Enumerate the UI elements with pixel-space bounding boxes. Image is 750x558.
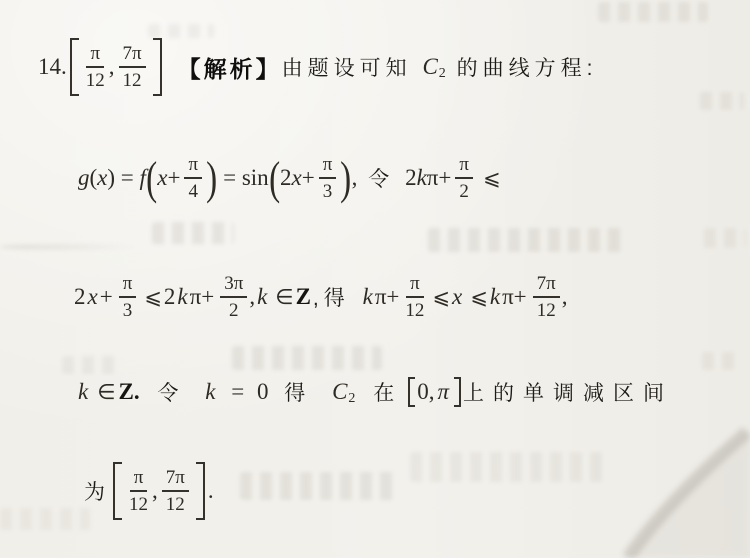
text-run: 令 bbox=[357, 163, 405, 193]
scanned-textbook-page: 14.π12,7π12【解析】由题设可知 C2 的曲线方程: g(x) = f(… bbox=[0, 0, 750, 558]
bleed-through-artifact bbox=[700, 92, 744, 110]
square-bracket bbox=[408, 377, 415, 407]
numerator: π bbox=[86, 43, 104, 68]
text-run: 令 bbox=[143, 377, 203, 407]
square-bracket bbox=[70, 38, 79, 96]
text-run: , bbox=[562, 284, 568, 310]
text-run: Z. bbox=[119, 379, 140, 405]
denominator: 3 bbox=[323, 179, 333, 202]
numerator: π bbox=[184, 154, 202, 179]
text-run: , bbox=[249, 284, 255, 310]
denominator: 12 bbox=[405, 298, 424, 321]
fraction: 7π12 bbox=[533, 273, 560, 322]
denominator: 3 bbox=[123, 298, 133, 321]
text-run: ,得 bbox=[313, 282, 361, 312]
fraction: 3π2 bbox=[220, 273, 247, 322]
fraction: π3 bbox=[119, 273, 137, 322]
text-run: x bbox=[88, 284, 98, 310]
solution-line-inequality: 2x+π3⩽2kπ+3π2,k∈Z,得 kπ+π12⩽x⩽kπ+7π12, bbox=[74, 269, 570, 325]
bleed-through-artifact bbox=[62, 356, 118, 374]
solution-line-interval-derivation: k∈Z. 令 k = 0 得 C2 在0,π上的单调减区间 bbox=[78, 375, 676, 409]
bleed-through-artifact bbox=[410, 452, 610, 482]
fraction: π2 bbox=[455, 154, 473, 203]
text-run: 2 bbox=[164, 284, 176, 310]
text-run: ∈ bbox=[275, 285, 293, 309]
text-run: ⩽ bbox=[432, 285, 450, 309]
text-run: , bbox=[109, 54, 115, 80]
denominator: 12 bbox=[123, 68, 142, 91]
bleed-through-artifact bbox=[152, 222, 234, 244]
subscripted-symbol: C2 bbox=[422, 54, 445, 80]
text-run: = 0 bbox=[219, 379, 282, 405]
bleed-through-artifact bbox=[240, 472, 400, 500]
text-run: = sin bbox=[217, 165, 268, 191]
fraction: π3 bbox=[319, 154, 337, 203]
bleed-through-artifact bbox=[232, 346, 382, 370]
numerator: π bbox=[455, 154, 473, 179]
text-run: 2 bbox=[405, 165, 417, 191]
numerator: π bbox=[406, 273, 424, 298]
denominator: 4 bbox=[189, 179, 199, 202]
subscripted-symbol: C2 bbox=[332, 379, 355, 405]
numerator: 3π bbox=[220, 273, 247, 298]
bleed-through-artifact bbox=[702, 352, 742, 370]
text-run: ⩽ bbox=[144, 285, 162, 309]
text-run: 14. bbox=[38, 54, 67, 80]
parenthesis: ) bbox=[340, 157, 351, 199]
fraction: π12 bbox=[405, 273, 424, 322]
text-run: k bbox=[205, 379, 215, 405]
text-run: + bbox=[167, 165, 180, 191]
text-run: ⩽ bbox=[470, 285, 488, 309]
denominator: 2 bbox=[459, 179, 469, 202]
numerator: π bbox=[319, 154, 337, 179]
denominator: 12 bbox=[166, 492, 185, 515]
text-run: ⩽ bbox=[483, 166, 501, 190]
text-run: π+ bbox=[427, 165, 452, 191]
fraction: π4 bbox=[184, 154, 202, 203]
text-run: 2 bbox=[74, 284, 86, 310]
bleed-through-artifact bbox=[148, 24, 214, 38]
bleed-through-artifact bbox=[428, 228, 624, 252]
text-run: k bbox=[417, 165, 427, 191]
text-run: , bbox=[152, 478, 158, 504]
text-run: 为 bbox=[84, 476, 110, 506]
solution-line-equation: g(x) = f(x+π4) = sin(2x+π3), 令 2kπ+π2⩽ bbox=[78, 150, 507, 206]
solution-line-answer: 14.π12,7π12【解析】由题设可知 C2 的曲线方程: bbox=[38, 38, 597, 96]
text-run: g bbox=[78, 165, 90, 191]
text-run: 【解析】 bbox=[178, 51, 282, 84]
denominator: 12 bbox=[537, 298, 556, 321]
denominator: 12 bbox=[129, 492, 148, 515]
numerator: π bbox=[119, 273, 137, 298]
text-run: 2 bbox=[280, 165, 292, 191]
text-run: x bbox=[452, 284, 462, 310]
square-bracket bbox=[196, 462, 205, 520]
denominator: 12 bbox=[86, 68, 105, 91]
square-bracket bbox=[153, 38, 162, 96]
text-run: π+ bbox=[190, 284, 215, 310]
text-run: π+ bbox=[375, 284, 400, 310]
page-curl-artifact bbox=[600, 400, 750, 558]
text-run: x bbox=[157, 165, 167, 191]
text-run: 0, bbox=[417, 379, 434, 405]
text-run: x bbox=[292, 165, 302, 191]
parenthesis: ( bbox=[146, 157, 157, 199]
fraction: π12 bbox=[86, 43, 105, 92]
fraction: π12 bbox=[129, 467, 148, 516]
denominator: 2 bbox=[229, 298, 239, 321]
text-run: . bbox=[208, 478, 214, 504]
bleed-through-artifact bbox=[0, 508, 90, 530]
text-run: x bbox=[97, 165, 107, 191]
text-run: 在 bbox=[358, 377, 403, 407]
bleed-through-artifact bbox=[598, 2, 708, 22]
text-run: π bbox=[438, 379, 450, 405]
numerator: 7π bbox=[162, 467, 189, 492]
solution-line-conclusion: 为π12,7π12. bbox=[84, 462, 214, 520]
numerator: 7π bbox=[533, 273, 560, 298]
text-run: 的曲线方程: bbox=[446, 52, 598, 82]
text-run: k bbox=[78, 379, 88, 405]
bleed-through-artifact bbox=[704, 228, 746, 248]
fraction: 7π12 bbox=[162, 467, 189, 516]
fraction: 7π12 bbox=[119, 43, 146, 92]
text-run: + bbox=[302, 165, 315, 191]
text-run: k bbox=[490, 284, 500, 310]
text-run: k bbox=[363, 284, 373, 310]
text-run: Z bbox=[296, 284, 311, 310]
text-run: k bbox=[177, 284, 187, 310]
text-run: 得 bbox=[284, 377, 329, 407]
square-bracket bbox=[113, 462, 122, 520]
text-run: 由题设可知 bbox=[282, 52, 423, 82]
parenthesis: ( bbox=[269, 157, 280, 199]
text-run: k bbox=[257, 284, 267, 310]
text-run: ∈ bbox=[97, 380, 115, 404]
text-run: π+ bbox=[502, 284, 527, 310]
text-run: f bbox=[140, 165, 146, 191]
numerator: 7π bbox=[119, 43, 146, 68]
text-run: + bbox=[100, 284, 113, 310]
parenthesis: ) bbox=[206, 157, 217, 199]
scan-streak-artifact bbox=[0, 244, 140, 250]
text-run: ) = bbox=[107, 165, 139, 191]
square-bracket bbox=[454, 377, 461, 407]
numerator: π bbox=[130, 467, 148, 492]
